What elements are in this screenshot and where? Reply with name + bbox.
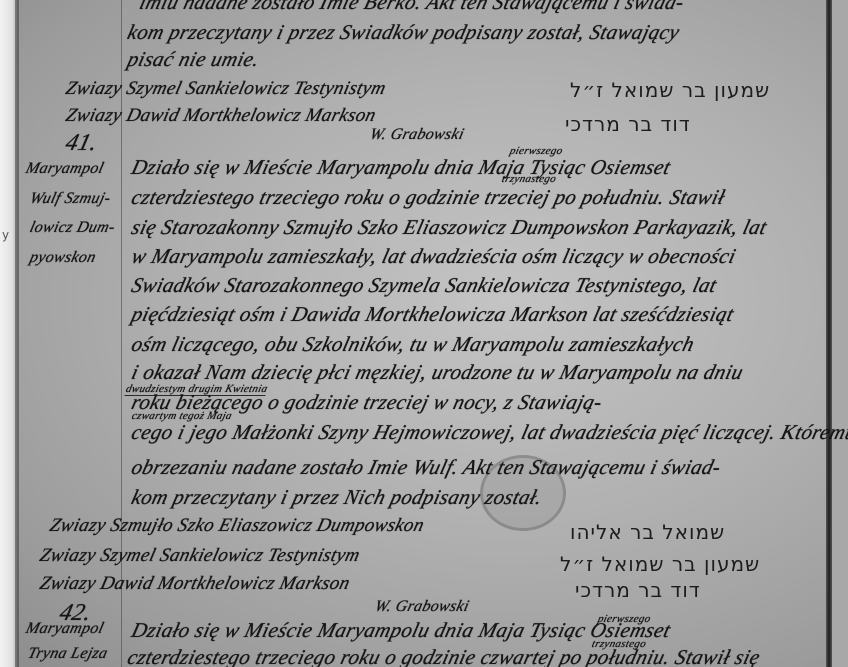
margin-note: Wulf Szmuj- [28,190,113,208]
hebrew-signature: דוד בר מרדכי [565,112,691,136]
hebrew-signature: שמואל בר אליהו [570,520,725,544]
text-line: obrzezaniu nadane zostało Imie Wulf. Akt… [129,455,724,480]
hebrew-signature: שמעון בר שמואל ז״ל [560,552,760,576]
text-line: Działo się w Mieście Maryampolu dnia Maj… [129,618,673,643]
text-line: pisać nie umie. [125,47,262,72]
text-line: czterdziestego trzeciego roku o godzinie… [129,185,728,210]
text-line: imiu nadane zostało Imie Berko. Akt ten … [137,0,687,15]
text-line: Działo się w Mieście Maryampolu dnia Maj… [129,155,673,180]
witness-signature: Zwiazy Szmujło Szko Eliaszowicz Dumpowsk… [47,515,426,537]
text-line: kom przeczytany i przez Swiadków podpisa… [125,20,682,45]
text-line: Swiadków Starozakonnego Szymela Sankielo… [129,273,720,298]
margin-note: pyowskon [28,249,98,267]
text-line: się Starozakonny Szmujło Szko Eliaszowic… [129,215,770,240]
text-line: ośm liczącego, obu Szkolników, tu w Mary… [129,332,697,357]
margin-note: Maryampol [24,620,106,638]
hebrew-signature: דוד בר מרדכי [575,578,701,602]
witness-signature: Zwiazy Dawid Mortkhelowicz Markson [37,573,352,595]
witness-signature: Zwiazy Szymel Sankielowicz Testynistym [37,545,362,567]
text-line: i okazał Nam dziecię płci męzkiej, urodz… [129,360,746,385]
witness-signature: Zwiazy Szymel Sankielowicz Testynistym [63,78,388,100]
page-edge-shadow [15,0,19,667]
hebrew-signature: שמעון בר שמואל ז״ל [570,78,770,102]
margin-note: Tryna Lejza [26,645,110,663]
margin-note: lowicz Dum- [28,219,117,237]
registrar-note: W. Grabowski [373,598,471,616]
scanned-page: y imiu nadane zostało Imie Berko. Akt te… [0,0,848,667]
text-line: cego i jego Małżonki Szyny Hejmowiczowej… [129,420,848,445]
text-line: pięćdziesiąt ośm i Dawida Mortkhelowicza… [129,302,737,327]
text-line: czterdziestego trzeciego roku o godzinie… [125,645,763,667]
registrar-note: W. Grabowski [368,126,466,144]
entry-number: 41. [63,130,101,157]
stray-mark: y [2,228,9,242]
witness-signature: Zwiazy Dawid Mortkhelowicz Markson [63,105,378,127]
margin-note: Maryampol [24,160,106,178]
text-line: kom przeczytany i przez Nich podpisany z… [129,485,545,510]
facing-page-edge [832,0,848,667]
text-line: w Maryampolu zamieszkały, lat dwadzieści… [129,244,739,269]
